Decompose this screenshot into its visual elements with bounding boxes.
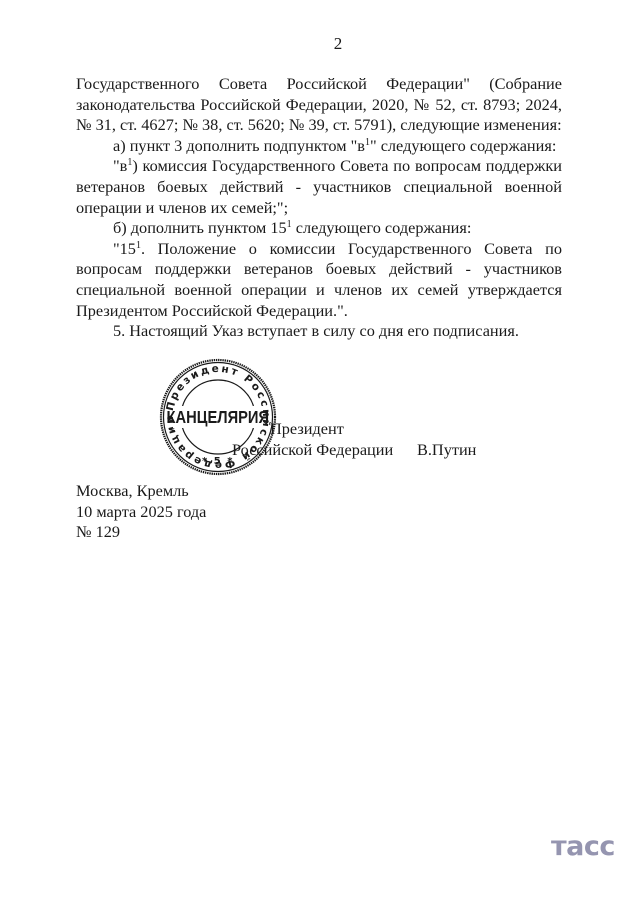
signatory-name: В.Путин (417, 440, 476, 460)
item-v1-pre: "в (113, 156, 127, 175)
paragraph-item-b: б) дополнить пунктом 151 следующего соде… (76, 218, 562, 239)
signatory-title-line2: Российской Федерации (232, 440, 393, 460)
item-a-pre: а) пункт 3 дополнить подпунктом "в (113, 136, 365, 155)
signatory-title-line1: Президент (270, 419, 344, 439)
paragraph-item-v1: "в1) комиссия Государственного Совета по… (76, 156, 562, 218)
document-footer: Москва, Кремль 10 марта 2025 года № 129 (76, 481, 206, 543)
tass-watermark-logo: тасс (551, 831, 615, 862)
item-a-post: " следующего содержания: (370, 136, 556, 155)
item-v1-post: ) комиссия Государственного Совета по во… (76, 156, 562, 216)
item-15-1-post: . Положение о комиссии Государственного … (76, 239, 562, 320)
item-b-post: следующего содержания: (292, 218, 472, 237)
item-b-pre: б) дополнить пунктом 15 (113, 218, 287, 237)
paragraph-item-a: а) пункт 3 дополнить подпунктом "в1" сле… (76, 136, 562, 157)
document-body: Государственного Совета Российской Федер… (76, 74, 562, 342)
item-15-1-pre: "15 (113, 239, 136, 258)
signing-place: Москва, Кремль (76, 481, 206, 502)
stamp-center-text: КАНЦЕЛЯРИЯ (167, 408, 270, 427)
paragraph-intro: Государственного Совета Российской Федер… (76, 74, 562, 136)
paragraph-item-5: 5. Настоящий Указ вступает в силу со дня… (76, 321, 562, 342)
decree-number: № 129 (76, 522, 206, 543)
stamp-bottom-text: * 5 * (202, 456, 234, 467)
signing-date: 10 марта 2025 года (76, 502, 206, 523)
page-number: 2 (0, 34, 640, 54)
paragraph-item-15-1: "151. Положение о комиссии Государственн… (76, 239, 562, 321)
